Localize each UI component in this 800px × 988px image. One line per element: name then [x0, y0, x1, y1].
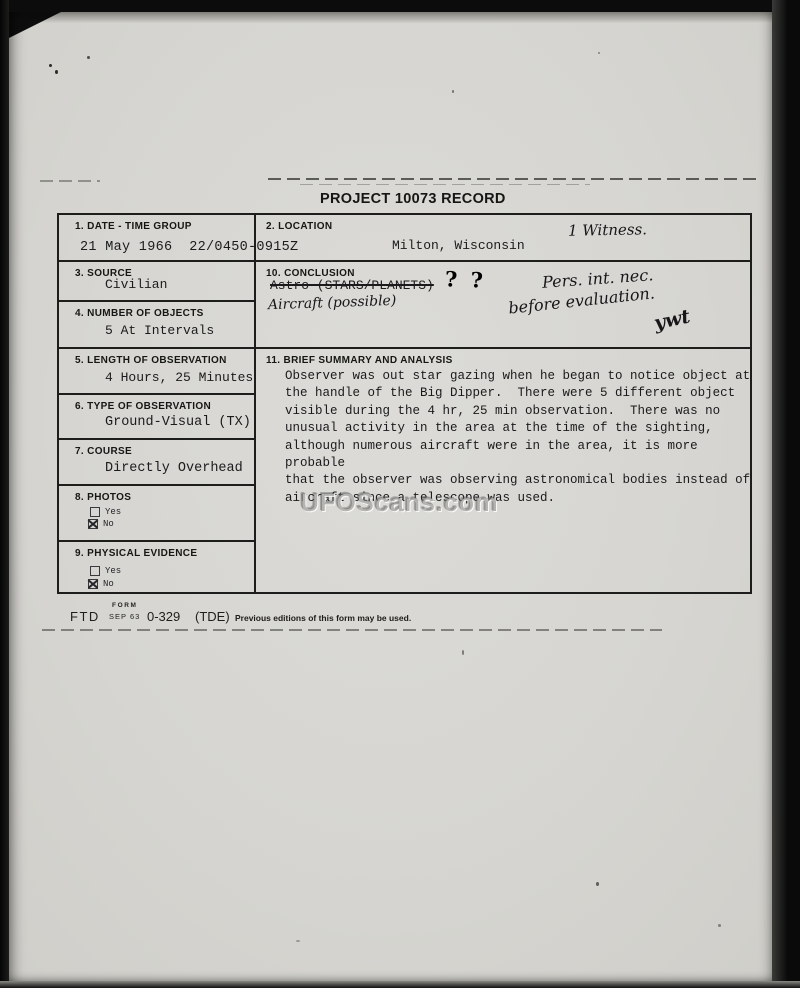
photos-no-label: No — [103, 519, 114, 529]
scan-border-right — [772, 0, 800, 988]
scan-dash-line-above-title — [268, 178, 762, 180]
field-label: 7. COURSE — [59, 440, 254, 457]
handwritten-conclusion-value: Aircraft (possible) — [268, 293, 397, 313]
handwritten-initials: ywt — [652, 305, 692, 334]
field-label: 8. PHOTOS — [59, 486, 254, 503]
scan-speck — [718, 924, 721, 927]
project-record-form: 1. DATE - TIME GROUP 21 May 1966 22/0450… — [57, 213, 752, 594]
field-label: 5. LENGTH OF OBSERVATION — [59, 349, 254, 366]
scanned-document: { "title": "PROJECT 10073 RECORD", "wate… — [0, 0, 800, 988]
field-date-time-group: 1. DATE - TIME GROUP 21 May 1966 22/0450… — [59, 215, 256, 262]
handwritten-question-marks: ? ? — [445, 266, 487, 292]
photos-yes-label: Yes — [105, 507, 121, 517]
field-value: Milton, Wisconsin — [392, 238, 525, 253]
form-footer: FORM FTD SEP 63 0-329 (TDE) Previous edi… — [57, 598, 577, 630]
page-top-edge-shadow — [9, 12, 772, 23]
document-title: PROJECT 10073 RECORD — [320, 191, 506, 207]
field-label: 10. CONCLUSION — [256, 262, 750, 279]
scan-speck — [598, 52, 600, 54]
scan-speck — [296, 940, 300, 942]
scan-speck — [596, 882, 599, 886]
field-physical-evidence: 9. PHYSICAL EVIDENCE Yes No — [59, 542, 256, 592]
field-label: 11. BRIEF SUMMARY AND ANALYSIS — [256, 349, 750, 366]
handwritten-witness-note: 1 Witness. — [568, 220, 647, 239]
field-label: 6. TYPE OF OBSERVATION — [59, 395, 254, 412]
footer-form-word: FORM — [112, 602, 138, 609]
field-type-of-observation: 6. TYPE OF OBSERVATION Ground-Visual (TX… — [59, 395, 256, 440]
scan-speck — [55, 70, 58, 74]
field-value: Directly Overhead — [105, 461, 243, 476]
footer-previous-editions-note: Previous editions of this form may be us… — [235, 613, 411, 623]
field-photos: 8. PHOTOS Yes No — [59, 486, 256, 542]
field-value: 5 At Intervals — [105, 323, 214, 338]
paper-page: PROJECT 10073 RECORD 1. DATE - TIME GROU… — [0, 0, 800, 988]
physical-evidence-yes-row: Yes — [90, 566, 121, 576]
physical-evidence-yes-checkbox — [90, 566, 100, 576]
photos-yes-checkbox — [90, 507, 100, 517]
field-number-of-objects: 4. NUMBER OF OBJECTS 5 At Intervals — [59, 302, 256, 349]
physical-evidence-no-row: No — [88, 579, 114, 589]
watermark-text: UFOScans.com — [300, 487, 498, 518]
field-label: 9. PHYSICAL EVIDENCE — [59, 542, 254, 559]
scan-speck — [462, 650, 464, 655]
field-length-of-observation: 5. LENGTH OF OBSERVATION 4 Hours, 25 Min… — [59, 349, 256, 395]
footer-agency: FTD — [70, 609, 100, 624]
footer-date-code: SEP 63 — [109, 612, 140, 621]
photos-no-row: No — [88, 519, 114, 529]
footer-form-number: 0-329 — [147, 609, 180, 624]
field-source: 3. SOURCE Civilian — [59, 262, 256, 302]
scan-border-top — [0, 0, 800, 12]
photos-no-checkbox-checked — [88, 519, 98, 529]
scan-dash-mark-left — [40, 180, 100, 182]
scan-border-left — [0, 0, 9, 988]
scan-speck — [452, 90, 454, 93]
field-value: Civilian — [105, 277, 167, 292]
field-brief-summary: 11. BRIEF SUMMARY AND ANALYSIS Observer … — [256, 349, 750, 592]
scan-dash-line-below-footer — [42, 629, 662, 631]
page-corner-fold — [9, 12, 61, 38]
scan-speck — [49, 64, 52, 67]
scan-speck — [87, 56, 90, 59]
photos-yes-row: Yes — [90, 507, 121, 517]
field-label: 1. DATE - TIME GROUP — [59, 215, 254, 232]
field-label: 2. LOCATION — [256, 215, 750, 232]
scan-dash-line-faint — [300, 184, 590, 185]
physical-evidence-yes-label: Yes — [105, 566, 121, 576]
physical-evidence-no-label: No — [103, 579, 114, 589]
field-course: 7. COURSE Directly Overhead — [59, 440, 256, 486]
scan-border-bottom — [0, 981, 800, 988]
field-location: 2. LOCATION Milton, Wisconsin 1 Witness. — [256, 215, 750, 262]
field-value: 4 Hours, 25 Minutes — [105, 370, 253, 385]
field-label: 4. NUMBER OF OBJECTS — [59, 302, 254, 319]
footer-form-suffix: (TDE) — [195, 609, 230, 624]
field-value: Ground-Visual (TX) — [105, 415, 251, 430]
field-conclusion: 10. CONCLUSION Astro (STARS/PLANETS) Air… — [256, 262, 750, 349]
physical-evidence-no-checkbox-checked — [88, 579, 98, 589]
conclusion-typed-struck-value: Astro (STARS/PLANETS) — [270, 278, 434, 293]
